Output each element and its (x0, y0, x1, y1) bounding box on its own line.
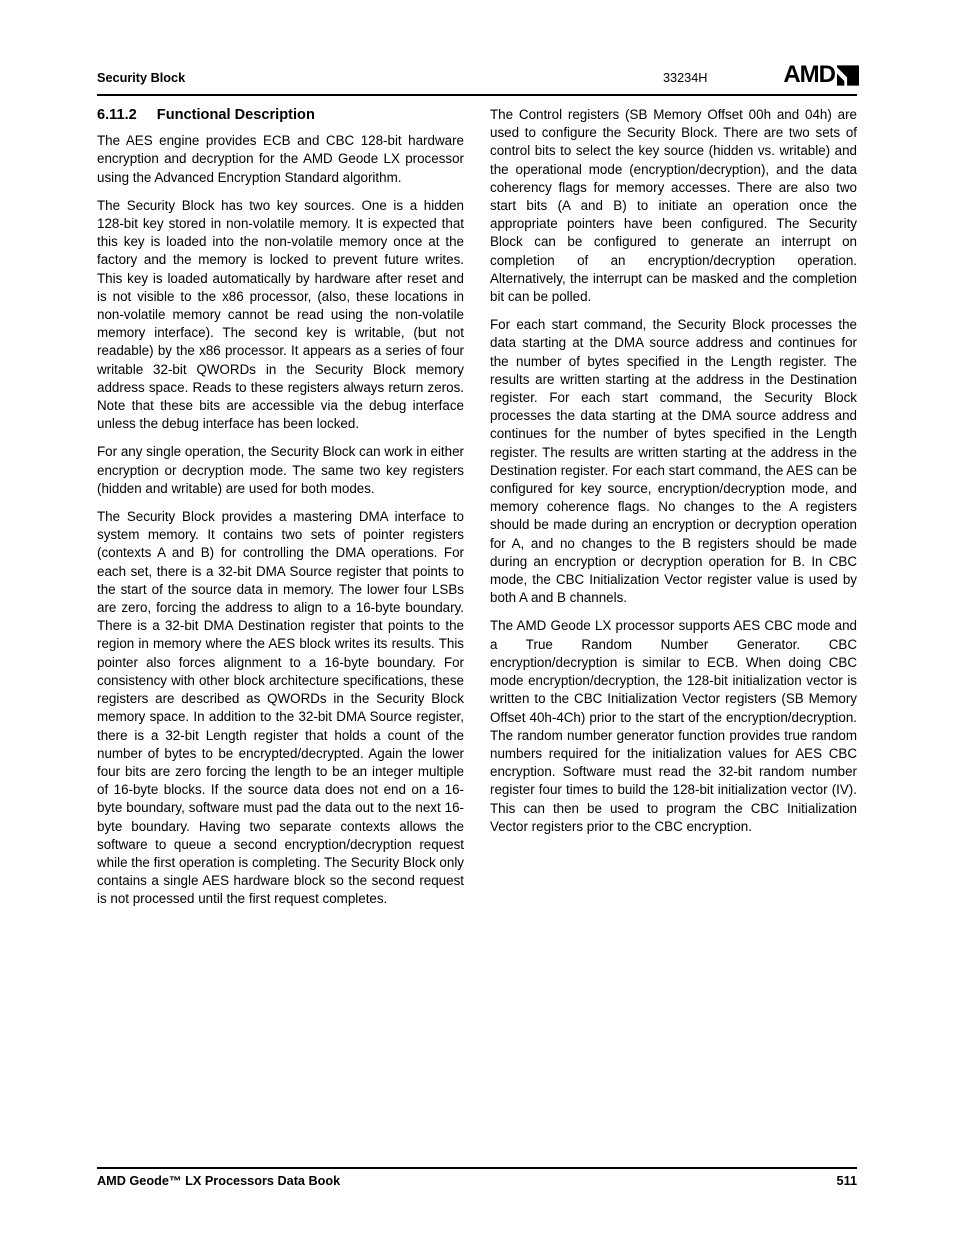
paragraph: The AMD Geode LX processor supports AES … (490, 617, 857, 835)
amd-logo-text: AMD (783, 63, 835, 87)
footer-page-number: 511 (837, 1174, 857, 1188)
header-rule (97, 94, 857, 96)
right-column: The Control registers (SB Memory Offset … (490, 106, 857, 846)
paragraph: For each start command, the Security Blo… (490, 316, 857, 607)
paragraph: The Security Block has two key sources. … (97, 197, 464, 434)
amd-logo: AMD (783, 63, 859, 87)
section-title: Functional Description (157, 107, 315, 123)
section-heading: 6.11.2Functional Description (97, 106, 464, 124)
paragraph: For any single operation, the Security B… (97, 443, 464, 498)
amd-arrow-icon (837, 65, 859, 86)
left-column: 6.11.2Functional Description The AES eng… (97, 106, 464, 919)
document-page: Security Block 33234H AMD 6.11.2Function… (0, 0, 954, 1235)
footer-rule (97, 1167, 857, 1169)
section-number: 6.11.2 (97, 107, 137, 123)
paragraph: The Security Block provides a mastering … (97, 508, 464, 908)
paragraph: The Control registers (SB Memory Offset … (490, 106, 857, 306)
header-doc-number: 33234H (663, 71, 707, 85)
header-section-label: Security Block (97, 71, 185, 85)
footer-book-title: AMD Geode™ LX Processors Data Book (97, 1174, 340, 1188)
paragraph: The AES engine provides ECB and CBC 128-… (97, 132, 464, 187)
